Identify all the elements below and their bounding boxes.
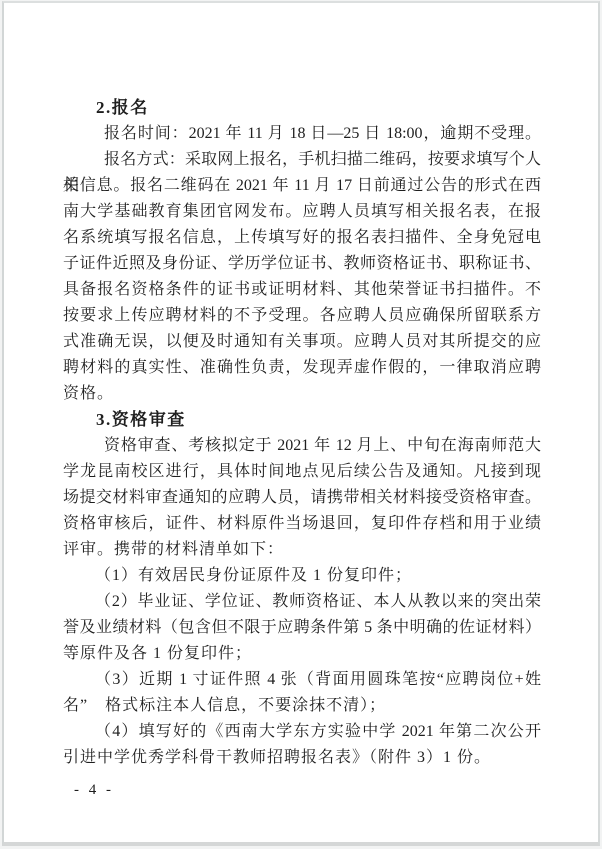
text-line: （1）有效居民身份证原件及 1 份复印件； (63, 563, 541, 589)
text-line: 关信息。报名二维码在 2021 年 11 月 17 日前通过公告的形式在西 (63, 173, 541, 199)
text-line: 评审。携带的材料清单如下： (63, 537, 541, 563)
text-line: （2）毕业证、学位证、教师资格证、本人从教以来的突出荣 (63, 589, 541, 615)
text-line: 聘材料的真实性、准确性负责，发现弄虚作假的，一律取消应聘 (63, 355, 541, 381)
document-page: 2.报名报名时间：2021 年 11 月 18 日—25 日 18:00，逾期不… (2, 1, 600, 846)
text-line: 报名时间：2021 年 11 月 18 日—25 日 18:00，逾期不受理。 (63, 121, 541, 147)
text-line: （3）近期 1 寸证件照 4 张（背面用圆珠笔按“应聘岗位+姓 (63, 667, 541, 693)
text-line: 报名方式：采取网上报名，手机扫描二维码，按要求填写个人相 (63, 147, 541, 173)
text-line: 南大学基础教育集团官网发布。应聘人员填写相关报名表，在报 (63, 199, 541, 225)
page-number: - 4 - (74, 782, 114, 799)
section-heading: 3.资格审查 (63, 407, 541, 433)
section-heading: 2.报名 (63, 95, 541, 121)
text-line: 学龙昆南校区进行，具体时间地点见后续公告及通知。凡接到现 (63, 459, 541, 485)
text-line: 场提交材料审查通知的应聘人员，请携带相关材料接受资格审查。 (63, 485, 541, 511)
text-line: 式准确无误，以便及时通知有关事项。应聘人员对其所提交的应 (63, 329, 541, 355)
text-line: 誉及业绩材料（包含但不限于应聘条件第 5 条中明确的佐证材料） (63, 615, 541, 641)
text-line: 按要求上传应聘材料的不予受理。各应聘人员应确保所留联系方 (63, 303, 541, 329)
text-line: 名系统填写报名信息，上传填写好的报名表扫描件、全身免冠电 (63, 225, 541, 251)
text-line: 具备报名资格条件的证书或证明材料、其他荣誉证书扫描件。不 (63, 277, 541, 303)
text-line: 子证件近照及身份证、学历学位证书、教师资格证书、职称证书、 (63, 251, 541, 277)
text-line: 引进中学优秀学科骨干教师招聘报名表》（附件 3）1 份。 (63, 745, 541, 771)
text-line: （4）填写好的《西南大学东方实验中学 2021 年第二次公开 (63, 719, 541, 745)
text-line: 资格审查、考核拟定于 2021 年 12 月上、中旬在海南师范大 (63, 433, 541, 459)
document-body: 2.报名报名时间：2021 年 11 月 18 日—25 日 18:00，逾期不… (63, 95, 541, 771)
text-line: 名” 格式标注本人信息，不要涂抹不清）； (63, 693, 541, 719)
text-line: 资格审核后，证件、材料原件当场退回，复印件存档和用于业绩 (63, 511, 541, 537)
text-line: 资格。 (63, 381, 541, 407)
text-line: 等原件及各 1 份复印件； (63, 641, 541, 667)
